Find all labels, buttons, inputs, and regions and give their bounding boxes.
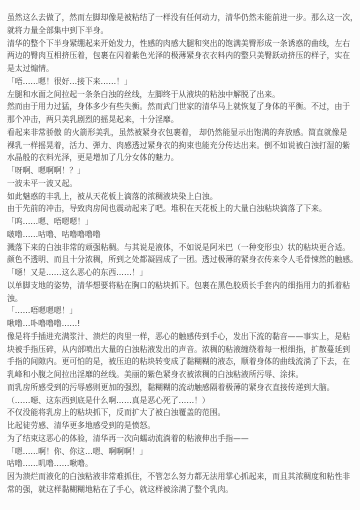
text-line: 清华的整个下半身紧绷起来开始发力，性感的肉感大腿和突出的饱满美臀形成一条诱惑的曲… [7, 38, 353, 51]
text-line: 浊。 [7, 293, 353, 306]
text-line: 「嗯……啊！你、你这…嗯、啊啊啊！」 [7, 446, 353, 459]
text-line: 虽然这么去做了，然而左脚却像是被粘结了一样没有任何动力，清华仍然未能前进一步。那… [7, 12, 353, 25]
text-line: 因为溃烂而液化的白浊粘液非常难抓住，不管怎么努力都无法用掌心抓起来，而且其浓稠度… [7, 471, 353, 484]
text-line: 啾噜…卟噜噜噜……! [7, 318, 353, 331]
text-line: 手指的间隙内。更可怕的是，被压迫的粘块转变成了黏糊糊的液态，顺着身体的曲线流淌了… [7, 356, 353, 369]
text-line: 「噁！又是……这么恶心的东西……！」 [7, 267, 353, 280]
text-line: 不仅没能将乳房上的粘块抓下，反而扩大了被白浊覆盖的范围。 [7, 407, 353, 420]
text-line: 就将力量全部集中到下半身。 [7, 25, 353, 38]
text-line: 而乳房所感受到的污辱感则更加的强烈，黏糊糊的流动触感隔着极薄的紧身衣直接传递到大… [7, 382, 353, 395]
novel-text-content: 虽然这么去做了，然而左脚却像是被粘结了一样没有任何动力，清华仍然未能前进一步。那… [7, 12, 353, 497]
text-line: 像是将手插进充满浆汁、溃烂的肉里一样，恶心的触感传到手心，发出下流的黏音——事实… [7, 331, 353, 344]
text-line: 「呀啊、嗯啊啊！？」 [7, 165, 353, 178]
text-line: 啵噜……咕噜、咕噜噜噜噜 [7, 229, 353, 242]
text-line: 一波未平一波又起。 [7, 178, 353, 191]
text-line: 块被手指压碎，从内部喷出大量的白浊粘液发出的声音。浓稠的粘液缠绕着每一根细指，扩… [7, 344, 353, 357]
text-line: 「……唔嗯嗯嗯！」 [7, 305, 353, 318]
text-line: 水晶般的衣料光泽，更是增加了几分女体的魅力。 [7, 152, 353, 165]
text-line: 比起徒劳感、清华更多地感受到的是愤怒。 [7, 420, 353, 433]
text-line: 裸乳一样摇晃着，活力、弹力、肉感透过紧身衣的拘束也能充分传达出来。倒不如说被白浊… [7, 140, 353, 153]
text-line: 溅落下来的白浊非常的顽强粘稠。与其说是液体，不如说是阿米巴（一种变形虫）状的粘块… [7, 242, 353, 255]
text-line: 如此魅惑的丰乳上，被从天花板上滴落的浓稠液块染上白浊。 [7, 191, 353, 204]
text-line: 「唔……嗯！很好…接下来……！」 [7, 76, 353, 89]
text-line: 然而由于用力过猛，身体多少有些失衡。然而武门世家的清华马上就恢复了身体的平衡。不… [7, 101, 353, 114]
text-line: 看起来非常骄傲 的火箭形美乳，虽然被紧身衣包裹着， 却仍然能显示出饱满的奔放感。… [7, 127, 353, 140]
novel-reader-page: 虽然这么去做了，然而左脚却像是被粘结了一样没有任何动力，清华仍然未能前进一步。那… [0, 0, 360, 510]
text-line: 咕噜……叽噜……啾噜。 [7, 458, 353, 471]
text-line: 为了结束这恶心的体验，清华再一次向蠕动流淌着的粘液伸出手指—— [7, 433, 353, 446]
text-line: 乳峰和小腹之间拉出淫靡的丝线。美丽的紫色紧身衣被浓稠的白浊粘液所污辱、涂抹。 [7, 369, 353, 382]
text-line: （……噁、这东西到底是什么啊……真是恶心死了……！） [7, 395, 353, 408]
text-line: 由于先前的冲击，导致肉房间也震动起来了吧。堆积在天花板上的大量白浊粘块滴落了下来… [7, 203, 353, 216]
text-line: 以单脚支地的姿势，清华想要将粘在胸口的粘块抓下。包裹在黑色胶质长手套内的细指用力… [7, 280, 353, 293]
text-line: 左腿和水面之间拉起一条条白浊的丝线，左脚终于从液块的粘浊中解脱了出来。 [7, 89, 353, 102]
text-line: 两边的臀肉互相挤压着，包裹在闪着紫色光泽的极薄紧身衣衣料内的整只美臀跃动挤压的样… [7, 50, 353, 63]
text-line: 「呜……嗯、唔嗯嗯！」 [7, 216, 353, 229]
text-line: 那个冲击，两只美乳剧烈的摇晃起来，十分淫靡。 [7, 114, 353, 127]
text-line: 常的强，就这样黏糊糊地粘在了手心，就这样被涂满了整个乳肉。 [7, 484, 353, 497]
text-line: 是太过煽情。 [7, 63, 353, 76]
text-line: 颜色不透明、而且十分浓稠，所到之处都凝固成了一团。透过极薄的紧身衣传来令人毛骨悚… [7, 254, 353, 267]
